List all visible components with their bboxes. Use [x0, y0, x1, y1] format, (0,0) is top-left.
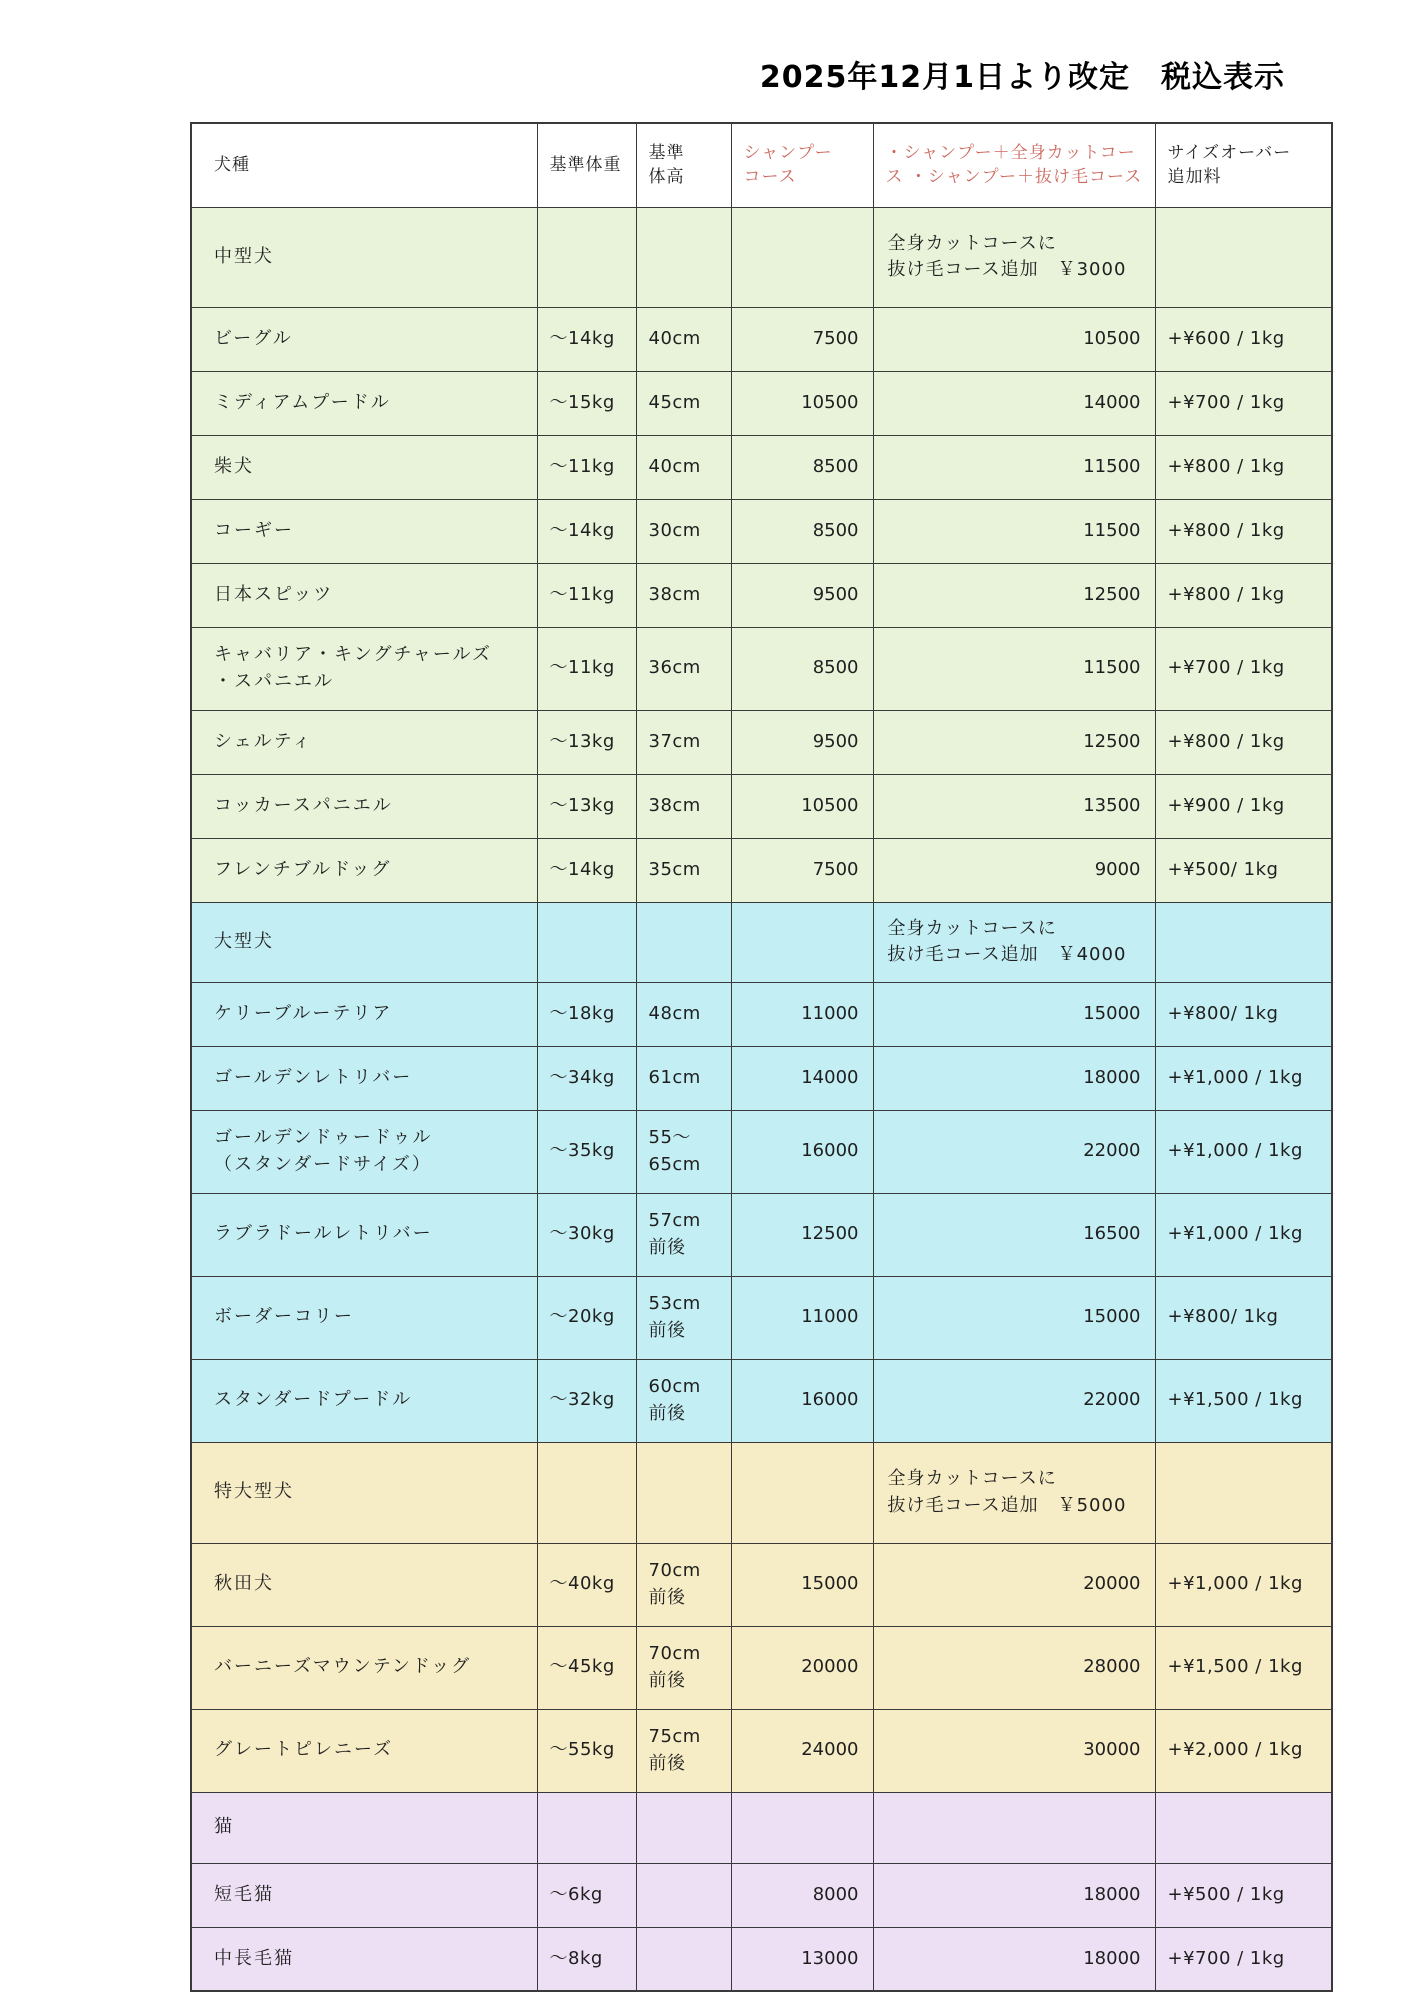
shampoo-price-cell: 9500	[731, 563, 873, 627]
table-row: 日本スピッツ～11kg38cm950012500+¥800 / 1kg	[191, 563, 1332, 627]
combo-price-cell: 18000	[873, 1927, 1155, 1991]
combo-price-cell: 11500	[873, 499, 1155, 563]
surcharge-cell: +¥700 / 1kg	[1155, 1927, 1332, 1991]
surcharge-cell: +¥500 / 1kg	[1155, 1863, 1332, 1927]
combo-price-cell: 20000	[873, 1543, 1155, 1626]
height-cell: 75cm 前後	[636, 1709, 731, 1792]
breed-cell: コーギー	[191, 499, 537, 563]
shampoo-price-cell: 14000	[731, 1046, 873, 1110]
table-row: コッカースパニエル～13kg38cm1050013500+¥900 / 1kg	[191, 774, 1332, 838]
combo-price-cell: 11500	[873, 435, 1155, 499]
weight-cell: ～35kg	[537, 1110, 636, 1193]
column-header-size-over-fee: サイズオーバー 追加料	[1155, 123, 1332, 207]
height-cell: 40cm	[636, 435, 731, 499]
weight-cell: ～32kg	[537, 1359, 636, 1442]
section-header-row: 大型犬全身カットコースに 抜け毛コース追加 ￥4000	[191, 902, 1332, 982]
table-row: バーニーズマウンテンドッグ～45kg70cm 前後2000028000+¥1,5…	[191, 1626, 1332, 1709]
shampoo-price-cell	[731, 207, 873, 307]
breed-cell: コッカースパニエル	[191, 774, 537, 838]
table-row: ビーグル～14kg40cm750010500+¥600 / 1kg	[191, 307, 1332, 371]
weight-cell: ～11kg	[537, 563, 636, 627]
surcharge-cell: +¥1,500 / 1kg	[1155, 1359, 1332, 1442]
height-cell: 35cm	[636, 838, 731, 902]
shampoo-price-cell: 8000	[731, 1863, 873, 1927]
section-note-cell	[873, 1792, 1155, 1863]
weight-cell: ～30kg	[537, 1193, 636, 1276]
shampoo-price-cell	[731, 902, 873, 982]
weight-cell: ～20kg	[537, 1276, 636, 1359]
section-note-cell: 全身カットコースに 抜け毛コース追加 ￥3000	[873, 207, 1155, 307]
shampoo-price-cell: 11000	[731, 1276, 873, 1359]
shampoo-price-cell: 16000	[731, 1359, 873, 1442]
weight-cell: ～14kg	[537, 838, 636, 902]
shampoo-price-cell: 8500	[731, 627, 873, 710]
section-note-cell: 全身カットコースに 抜け毛コース追加 ￥4000	[873, 902, 1155, 982]
breed-cell: ラブラドールレトリバー	[191, 1193, 537, 1276]
shampoo-price-cell: 10500	[731, 774, 873, 838]
table-row: グレートピレニーズ～55kg75cm 前後2400030000+¥2,000 /…	[191, 1709, 1332, 1792]
combo-price-cell: 28000	[873, 1626, 1155, 1709]
combo-price-cell: 15000	[873, 1276, 1155, 1359]
breed-cell: ミディアムプードル	[191, 371, 537, 435]
weight-cell: ～15kg	[537, 371, 636, 435]
combo-price-cell: 22000	[873, 1110, 1155, 1193]
weight-cell: ～18kg	[537, 982, 636, 1046]
surcharge-cell	[1155, 1442, 1332, 1543]
column-header-weight: 基準体重	[537, 123, 636, 207]
price-table-header: 犬種 基準体重 基準 体高 シャンプー コース ・シャンプー＋全身カットコース …	[191, 123, 1332, 207]
weight-cell: ～11kg	[537, 435, 636, 499]
height-cell	[636, 1442, 731, 1543]
height-cell: 30cm	[636, 499, 731, 563]
combo-price-cell: 18000	[873, 1863, 1155, 1927]
shampoo-price-cell	[731, 1442, 873, 1543]
combo-price-cell: 30000	[873, 1709, 1155, 1792]
shampoo-price-cell: 15000	[731, 1543, 873, 1626]
breed-cell: 秋田犬	[191, 1543, 537, 1626]
surcharge-cell: +¥800/ 1kg	[1155, 1276, 1332, 1359]
height-cell: 40cm	[636, 307, 731, 371]
page: 2025年12月1日より改定 税込表示 犬種 基準体重 基準 体高 シャンプー …	[0, 0, 1414, 2000]
weight-cell: ～34kg	[537, 1046, 636, 1110]
table-row: ゴールデンレトリバー～34kg61cm1400018000+¥1,000 / 1…	[191, 1046, 1332, 1110]
breed-cell: グレートピレニーズ	[191, 1709, 537, 1792]
shampoo-price-cell: 20000	[731, 1626, 873, 1709]
weight-cell: ～40kg	[537, 1543, 636, 1626]
surcharge-cell: +¥700 / 1kg	[1155, 371, 1332, 435]
column-header-height: 基準 体高	[636, 123, 731, 207]
height-cell	[636, 902, 731, 982]
surcharge-cell: +¥600 / 1kg	[1155, 307, 1332, 371]
shampoo-price-cell: 24000	[731, 1709, 873, 1792]
height-cell: 70cm 前後	[636, 1543, 731, 1626]
surcharge-cell: +¥700 / 1kg	[1155, 627, 1332, 710]
column-header-combo-course: ・シャンプー＋全身カットコース ・シャンプー＋抜け毛コース	[873, 123, 1155, 207]
weight-cell: ～8kg	[537, 1927, 636, 1991]
height-cell: 38cm	[636, 563, 731, 627]
breed-cell: ビーグル	[191, 307, 537, 371]
surcharge-cell: +¥2,000 / 1kg	[1155, 1709, 1332, 1792]
weight-cell: ～45kg	[537, 1626, 636, 1709]
shampoo-price-cell: 11000	[731, 982, 873, 1046]
combo-price-cell: 16500	[873, 1193, 1155, 1276]
breed-cell: 中長毛猫	[191, 1927, 537, 1991]
section-name-cell: 特大型犬	[191, 1442, 537, 1543]
breed-cell: フレンチブルドッグ	[191, 838, 537, 902]
surcharge-cell	[1155, 207, 1332, 307]
weight-cell: ～13kg	[537, 774, 636, 838]
surcharge-cell: +¥500/ 1kg	[1155, 838, 1332, 902]
weight-cell: ～11kg	[537, 627, 636, 710]
height-cell	[636, 1863, 731, 1927]
breed-cell: ケリーブルーテリア	[191, 982, 537, 1046]
height-cell	[636, 1927, 731, 1991]
breed-cell: 柴犬	[191, 435, 537, 499]
height-cell	[636, 207, 731, 307]
combo-price-cell: 22000	[873, 1359, 1155, 1442]
surcharge-cell: +¥800 / 1kg	[1155, 563, 1332, 627]
surcharge-cell: +¥1,000 / 1kg	[1155, 1046, 1332, 1110]
surcharge-cell: +¥1,000 / 1kg	[1155, 1110, 1332, 1193]
table-row: 短毛猫～6kg800018000+¥500 / 1kg	[191, 1863, 1332, 1927]
shampoo-price-cell: 7500	[731, 838, 873, 902]
table-row: ケリーブルーテリア～18kg48cm1100015000+¥800/ 1kg	[191, 982, 1332, 1046]
shampoo-price-cell: 7500	[731, 307, 873, 371]
surcharge-cell	[1155, 902, 1332, 982]
shampoo-price-cell: 12500	[731, 1193, 873, 1276]
section-name-cell: 猫	[191, 1792, 537, 1863]
height-cell: 38cm	[636, 774, 731, 838]
shampoo-price-cell: 10500	[731, 371, 873, 435]
breed-cell: ボーダーコリー	[191, 1276, 537, 1359]
combo-price-cell: 12500	[873, 563, 1155, 627]
shampoo-price-cell	[731, 1792, 873, 1863]
surcharge-cell: +¥800 / 1kg	[1155, 710, 1332, 774]
breed-cell: スタンダードプードル	[191, 1359, 537, 1442]
height-cell: 70cm 前後	[636, 1626, 731, 1709]
table-row: ラブラドールレトリバー～30kg57cm 前後1250016500+¥1,000…	[191, 1193, 1332, 1276]
column-header-shampoo-course: シャンプー コース	[731, 123, 873, 207]
table-row: ゴールデンドゥードゥル （スタンダードサイズ）～35kg55～ 65cm1600…	[191, 1110, 1332, 1193]
shampoo-price-cell: 9500	[731, 710, 873, 774]
shampoo-price-cell: 8500	[731, 499, 873, 563]
table-row: キャバリア・キングチャールズ ・スパニエル～11kg36cm850011500+…	[191, 627, 1332, 710]
surcharge-cell: +¥800 / 1kg	[1155, 435, 1332, 499]
breed-cell: キャバリア・キングチャールズ ・スパニエル	[191, 627, 537, 710]
surcharge-cell: +¥800 / 1kg	[1155, 499, 1332, 563]
shampoo-price-cell: 8500	[731, 435, 873, 499]
table-row: ミディアムプードル～15kg45cm1050014000+¥700 / 1kg	[191, 371, 1332, 435]
table-row: スタンダードプードル～32kg60cm 前後1600022000+¥1,500 …	[191, 1359, 1332, 1442]
combo-price-cell: 18000	[873, 1046, 1155, 1110]
height-cell: 60cm 前後	[636, 1359, 731, 1442]
shampoo-price-cell: 13000	[731, 1927, 873, 1991]
weight-cell	[537, 1442, 636, 1543]
section-note-cell: 全身カットコースに 抜け毛コース追加 ￥5000	[873, 1442, 1155, 1543]
height-cell: 36cm	[636, 627, 731, 710]
height-cell: 45cm	[636, 371, 731, 435]
height-cell: 55～ 65cm	[636, 1110, 731, 1193]
surcharge-cell: +¥1,000 / 1kg	[1155, 1193, 1332, 1276]
breed-cell: ゴールデンレトリバー	[191, 1046, 537, 1110]
column-header-breed: 犬種	[191, 123, 537, 207]
surcharge-cell: +¥900 / 1kg	[1155, 774, 1332, 838]
height-cell: 37cm	[636, 710, 731, 774]
weight-cell: ～13kg	[537, 710, 636, 774]
combo-price-cell: 9000	[873, 838, 1155, 902]
table-row: ボーダーコリー～20kg53cm 前後1100015000+¥800/ 1kg	[191, 1276, 1332, 1359]
breed-cell: ゴールデンドゥードゥル （スタンダードサイズ）	[191, 1110, 537, 1193]
table-row: フレンチブルドッグ～14kg35cm75009000+¥500/ 1kg	[191, 838, 1332, 902]
weight-cell	[537, 1792, 636, 1863]
height-cell	[636, 1792, 731, 1863]
weight-cell	[537, 902, 636, 982]
combo-price-cell: 11500	[873, 627, 1155, 710]
breed-cell: バーニーズマウンテンドッグ	[191, 1626, 537, 1709]
weight-cell	[537, 207, 636, 307]
height-cell: 57cm 前後	[636, 1193, 731, 1276]
section-header-row: 中型犬全身カットコースに 抜け毛コース追加 ￥3000	[191, 207, 1332, 307]
surcharge-cell: +¥800/ 1kg	[1155, 982, 1332, 1046]
combo-price-cell: 13500	[873, 774, 1155, 838]
combo-price-cell: 10500	[873, 307, 1155, 371]
height-cell: 48cm	[636, 982, 731, 1046]
weight-cell: ～14kg	[537, 499, 636, 563]
table-row: シェルティ～13kg37cm950012500+¥800 / 1kg	[191, 710, 1332, 774]
price-table: 犬種 基準体重 基準 体高 シャンプー コース ・シャンプー＋全身カットコース …	[190, 122, 1333, 1992]
combo-price-cell: 12500	[873, 710, 1155, 774]
table-row: コーギー～14kg30cm850011500+¥800 / 1kg	[191, 499, 1332, 563]
weight-cell: ～55kg	[537, 1709, 636, 1792]
section-name-cell: 大型犬	[191, 902, 537, 982]
section-name-cell: 中型犬	[191, 207, 537, 307]
table-row: 中長毛猫～8kg1300018000+¥700 / 1kg	[191, 1927, 1332, 1991]
combo-price-cell: 15000	[873, 982, 1155, 1046]
page-title: 2025年12月1日より改定 税込表示	[0, 52, 1285, 96]
breed-cell: 日本スピッツ	[191, 563, 537, 627]
breed-cell: シェルティ	[191, 710, 537, 774]
weight-cell: ～14kg	[537, 307, 636, 371]
breed-cell: 短毛猫	[191, 1863, 537, 1927]
price-table-body: 中型犬全身カットコースに 抜け毛コース追加 ￥3000ビーグル～14kg40cm…	[191, 207, 1332, 1991]
height-cell: 53cm 前後	[636, 1276, 731, 1359]
section-header-row: 特大型犬全身カットコースに 抜け毛コース追加 ￥5000	[191, 1442, 1332, 1543]
surcharge-cell: +¥1,000 / 1kg	[1155, 1543, 1332, 1626]
height-cell: 61cm	[636, 1046, 731, 1110]
surcharge-cell	[1155, 1792, 1332, 1863]
table-row: 秋田犬～40kg70cm 前後1500020000+¥1,000 / 1kg	[191, 1543, 1332, 1626]
section-header-row: 猫	[191, 1792, 1332, 1863]
shampoo-price-cell: 16000	[731, 1110, 873, 1193]
weight-cell: ～6kg	[537, 1863, 636, 1927]
table-row: 柴犬～11kg40cm850011500+¥800 / 1kg	[191, 435, 1332, 499]
combo-price-cell: 14000	[873, 371, 1155, 435]
header-row: 犬種 基準体重 基準 体高 シャンプー コース ・シャンプー＋全身カットコース …	[191, 123, 1332, 207]
surcharge-cell: +¥1,500 / 1kg	[1155, 1626, 1332, 1709]
